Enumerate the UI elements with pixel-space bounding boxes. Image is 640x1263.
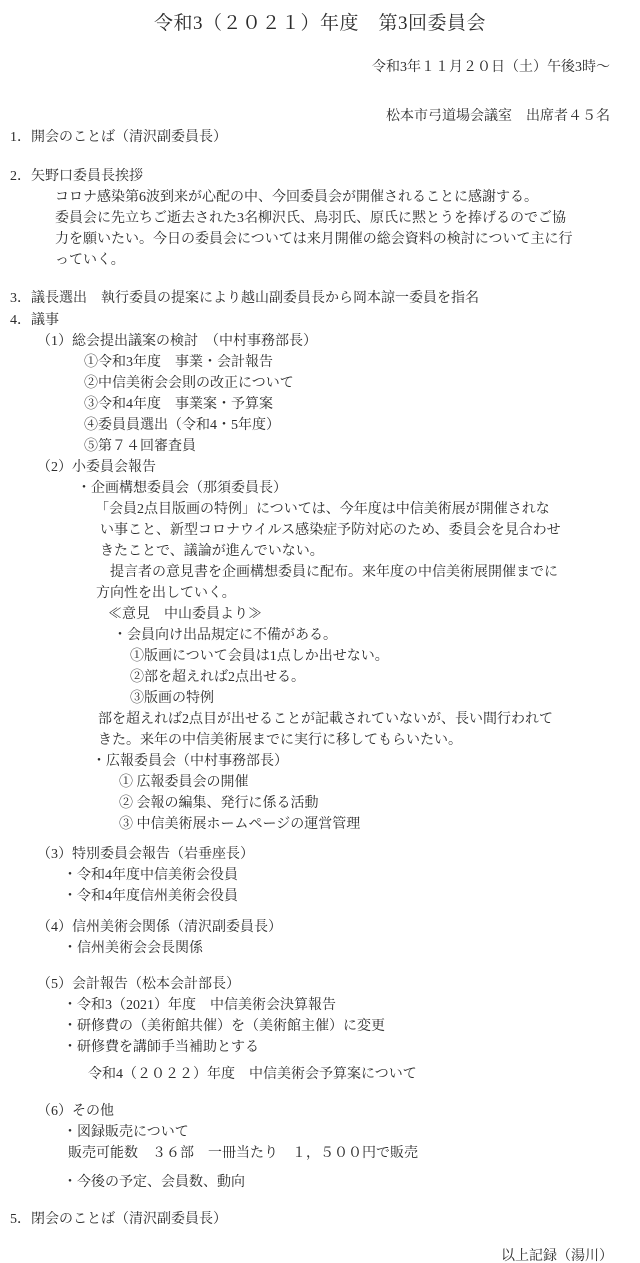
document-line: ≪意見 中山委員より≫	[0, 604, 640, 625]
document-line: ・令和4年度中信美術会役員	[0, 865, 640, 886]
document-line: （2）小委員会報告	[0, 457, 640, 478]
document-venue-attendees: 松本市弓道場会議室 出席者４５名	[0, 106, 640, 127]
document-line: 令和4（２０２２）年度 中信美術会予算案について	[0, 1064, 640, 1085]
document-line: （5）会計報告（松本会計部長）	[0, 974, 640, 995]
document-line: ④委員員選出（令和4・5年度）	[0, 415, 640, 436]
document-line: ・令和4年度信州美術会役員	[0, 886, 640, 907]
document-line: ①令和3年度 事業・会計報告	[0, 352, 640, 373]
document-line: きたことで、議論が進んでいない。	[0, 541, 640, 562]
document-line: 4．議事	[0, 310, 640, 331]
document-date: 令和3年１１月２０日（土）午後3時～	[0, 57, 640, 78]
document-line: ⑤第７４回審査員	[0, 436, 640, 457]
document-line: ・企画構想委員会（那須委員長）	[0, 478, 640, 499]
document-line: ・研修費の（美術館共催）を（美術館主催）に変更	[0, 1016, 640, 1037]
document-line: ・図録販売について	[0, 1122, 640, 1143]
document-line: （3）特別委員会報告（岩垂座長）	[0, 844, 640, 865]
document-line: 1．開会のことば（清沢副委員長）	[0, 127, 640, 148]
document-line: 3．議長選出 執行委員の提案により越山副委員長から岡本諒一委員を指名	[0, 288, 640, 309]
document-line: ③版画の特例	[0, 688, 640, 709]
document-title: 令和3（２０２１）年度 第3回委員会	[0, 12, 640, 36]
document-footer-recorder: 以上記録（湯川）	[0, 1246, 640, 1263]
document-line: 5．閉会のことば（清沢副委員長）	[0, 1209, 640, 1230]
document-line: 2．矢野口委員長挨拶	[0, 166, 640, 187]
document-line: きた。来年の中信美術展までに実行に移してもらいたい。	[0, 730, 640, 751]
document-line: 提言者の意見書を企画構想委員に配布。来年度の中信美術展開催までに	[0, 562, 640, 583]
document-page: 令和3（２０２１）年度 第3回委員会 令和3年１１月２０日（土）午後3時～ 松本…	[0, 0, 640, 1263]
document-line: コロナ感染第6波到来が心配の中、今回委員会が開催されることに感謝する。	[0, 187, 640, 208]
document-line: ・令和3（2021）年度 中信美術会決算報告	[0, 995, 640, 1016]
document-line: 「会員2点目版画の特例」については、今年度は中信美術展が開催されな	[0, 499, 640, 520]
document-line: 委員会に先立ちご逝去された3名柳沢氏、鳥羽氏、原氏に黙とうを捧げるのでご協	[0, 208, 640, 229]
document-line: ②部を超えれば2点出せる。	[0, 667, 640, 688]
document-line: 販売可能数 ３６部 一冊当たり １，５００円で販売	[0, 1143, 640, 1164]
document-line: （6）その他	[0, 1101, 640, 1122]
document-line: ・会員向け出品規定に不備がある。	[0, 625, 640, 646]
document-line: ②中信美術会会則の改正について	[0, 373, 640, 394]
document-line: ①版画について会員は1点しか出せない。	[0, 646, 640, 667]
document-line: ③ 中信美術展ホームページの運営管理	[0, 814, 640, 835]
document-line: ① 広報委員会の開催	[0, 772, 640, 793]
document-body: 1．開会のことば（清沢副委員長）2．矢野口委員長挨拶コロナ感染第6波到来が心配の…	[0, 127, 640, 1230]
document-line: ・信州美術会会長関係	[0, 938, 640, 959]
document-line: 部を超えれば2点目が出せることが記載されていないが、長い間行われて	[0, 709, 640, 730]
document-line: ② 会報の編集、発行に係る活動	[0, 793, 640, 814]
document-line: （1）総会提出議案の検討 （中村事務部長）	[0, 331, 640, 352]
document-line: ・研修費を講師手当補助とする	[0, 1037, 640, 1058]
document-line: ・今後の予定、会員数、動向	[0, 1172, 640, 1193]
document-line: 方向性を出していく。	[0, 583, 640, 604]
document-line: 力を願いたい。今日の委員会については来月開催の総会資料の検討について主に行	[0, 229, 640, 250]
document-line: （4）信州美術会関係（清沢副委員長）	[0, 917, 640, 938]
document-line: い事こと、新型コロナウイルス感染症予防対応のため、委員会を見合わせ	[0, 520, 640, 541]
document-line: ・広報委員会（中村事務部長）	[0, 751, 640, 772]
document-line: ③令和4年度 事業案・予算案	[0, 394, 640, 415]
document-line: っていく。	[0, 250, 640, 271]
